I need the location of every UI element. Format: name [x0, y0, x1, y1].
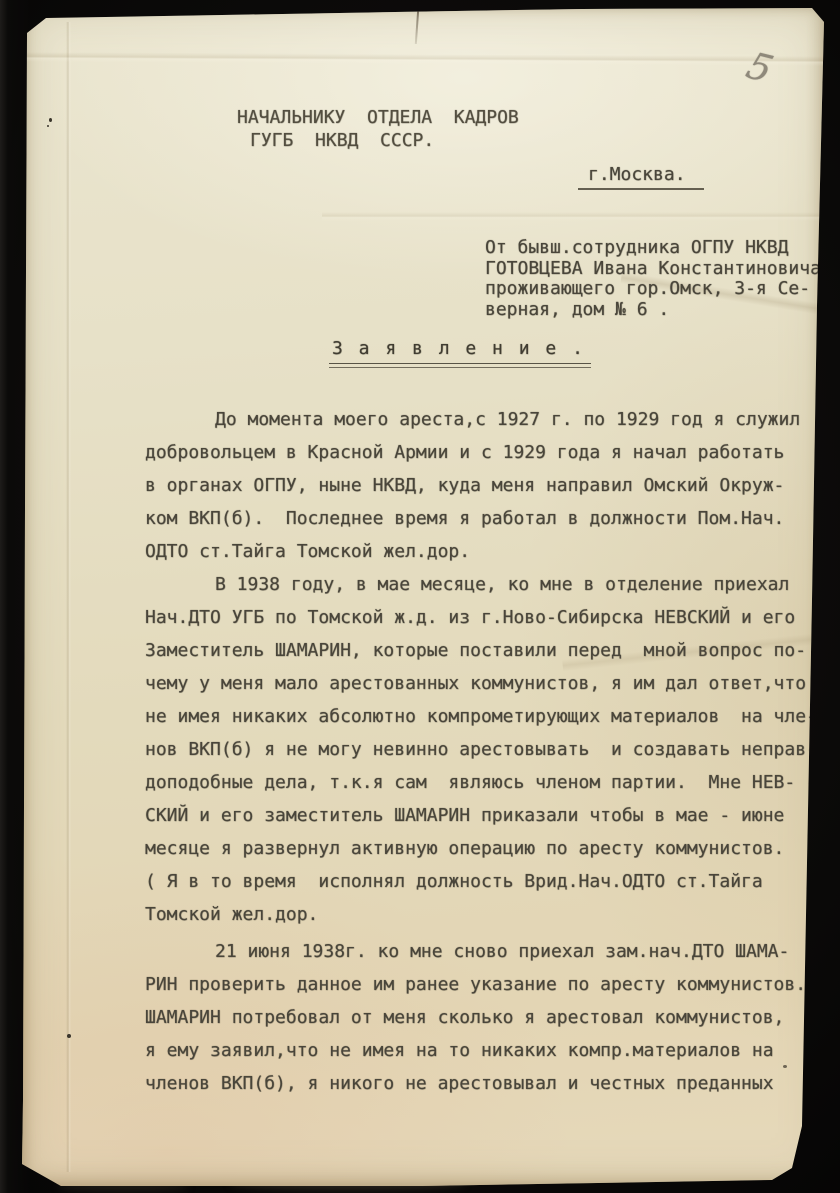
paper-fold-crease: [22, 52, 826, 66]
document-line: СКИЙ и его заместитель ШАМАРИН приказали…: [145, 799, 837, 832]
paper-tear-mark: [415, 10, 419, 44]
document-line: я ему заявил,что не имея на то никаких к…: [145, 1034, 837, 1067]
sender-line: ГОТОВЦЕВА Ивана Константиновича: [485, 259, 821, 280]
document-line: не имея никаких абсолютно компрометирующ…: [145, 700, 837, 733]
document-line: чему у меня мало арестованных коммунисто…: [145, 667, 837, 700]
document-line: ШАМАРИН потребовал от меня сколько я аре…: [145, 1001, 837, 1034]
document-line: добровольцем в Красной Армии и с 1929 го…: [145, 436, 837, 469]
paper-speck: [67, 1034, 71, 1038]
paragraph: До момента моего ареста,с 1927 г. по 192…: [145, 403, 837, 568]
paper-speck: [47, 125, 49, 127]
document-line: В 1938 году, в мае месяце, ко мне в отде…: [145, 568, 837, 601]
document-line: доподобные дела, т.к.я сам являюсь члено…: [145, 766, 837, 799]
document-line: месяце я развернул активную операцию по …: [145, 832, 837, 865]
handwritten-page-number: 5: [741, 44, 779, 90]
recipient-line: НАЧАЛЬНИКУ ОТДЕЛА КАДРОВ: [237, 106, 519, 129]
scan-background: 5 НАЧАЛЬНИКУ ОТДЕЛА КАДРОВ ГУГБ НКВД ССС…: [0, 0, 840, 1193]
sender-block: От бывш.сотрудника ОГПУ НКВД ГОТОВЦЕВА И…: [485, 238, 821, 320]
document-title-text: З а я в л е н и е .: [332, 337, 585, 361]
paragraph: В 1938 году, в мае месяце, ко мне в отде…: [145, 568, 837, 931]
sender-line: проживающего гор.Омск, 3-я Се-: [485, 279, 821, 300]
document-line: Томской жел.дор.: [145, 898, 837, 931]
sender-line: От бывш.сотрудника ОГПУ НКВД: [485, 238, 821, 259]
document-line: ( Я в то время исполнял должность Врид.Н…: [145, 865, 837, 898]
document-line: РИН проверить данное им ранее указание п…: [145, 968, 837, 1001]
paper-speck: [49, 118, 52, 122]
paper-fold-crease: [66, 22, 71, 1172]
sender-line: верная, дом № 6 .: [485, 300, 821, 321]
document-line: До момента моего ареста,с 1927 г. по 192…: [145, 403, 837, 436]
document-line: ком ВКП(б). Последнее время я работал в …: [145, 502, 837, 535]
document-line: Заместитель ШАМАРИН, которые поставили п…: [145, 634, 837, 667]
document-line: 21 июня 1938г. ко мне сново приехал зам.…: [145, 935, 837, 968]
document-line: членов ВКП(б), я никого не арестовывал и…: [145, 1067, 837, 1100]
document-line: ОДТО ст.Тайга Томской жел.дор.: [145, 535, 837, 568]
document-line: Нач.ДТО УГБ по Томской ж.д. из г.Ново-Си…: [145, 601, 837, 634]
document-line: в органах ОГПУ, ныне НКВД, куда меня нап…: [145, 469, 837, 502]
recipient-line: ГУГБ НКВД СССР.: [250, 129, 519, 152]
city-line: г.Москва.: [578, 164, 704, 190]
recipient-block: НАЧАЛЬНИКУ ОТДЕЛА КАДРОВ ГУГБ НКВД СССР.: [237, 106, 519, 152]
document-page: 5 НАЧАЛЬНИКУ ОТДЕЛА КАДРОВ ГУГБ НКВД ССС…: [22, 6, 826, 1188]
document-line: нов ВКП(б) я не могу невинно арестовыват…: [145, 733, 837, 766]
paper-fold-crease: [322, 212, 822, 221]
paragraph: 21 июня 1938г. ко мне сново приехал зам.…: [145, 935, 837, 1100]
document-title: З а я в л е н и е .: [332, 337, 585, 361]
